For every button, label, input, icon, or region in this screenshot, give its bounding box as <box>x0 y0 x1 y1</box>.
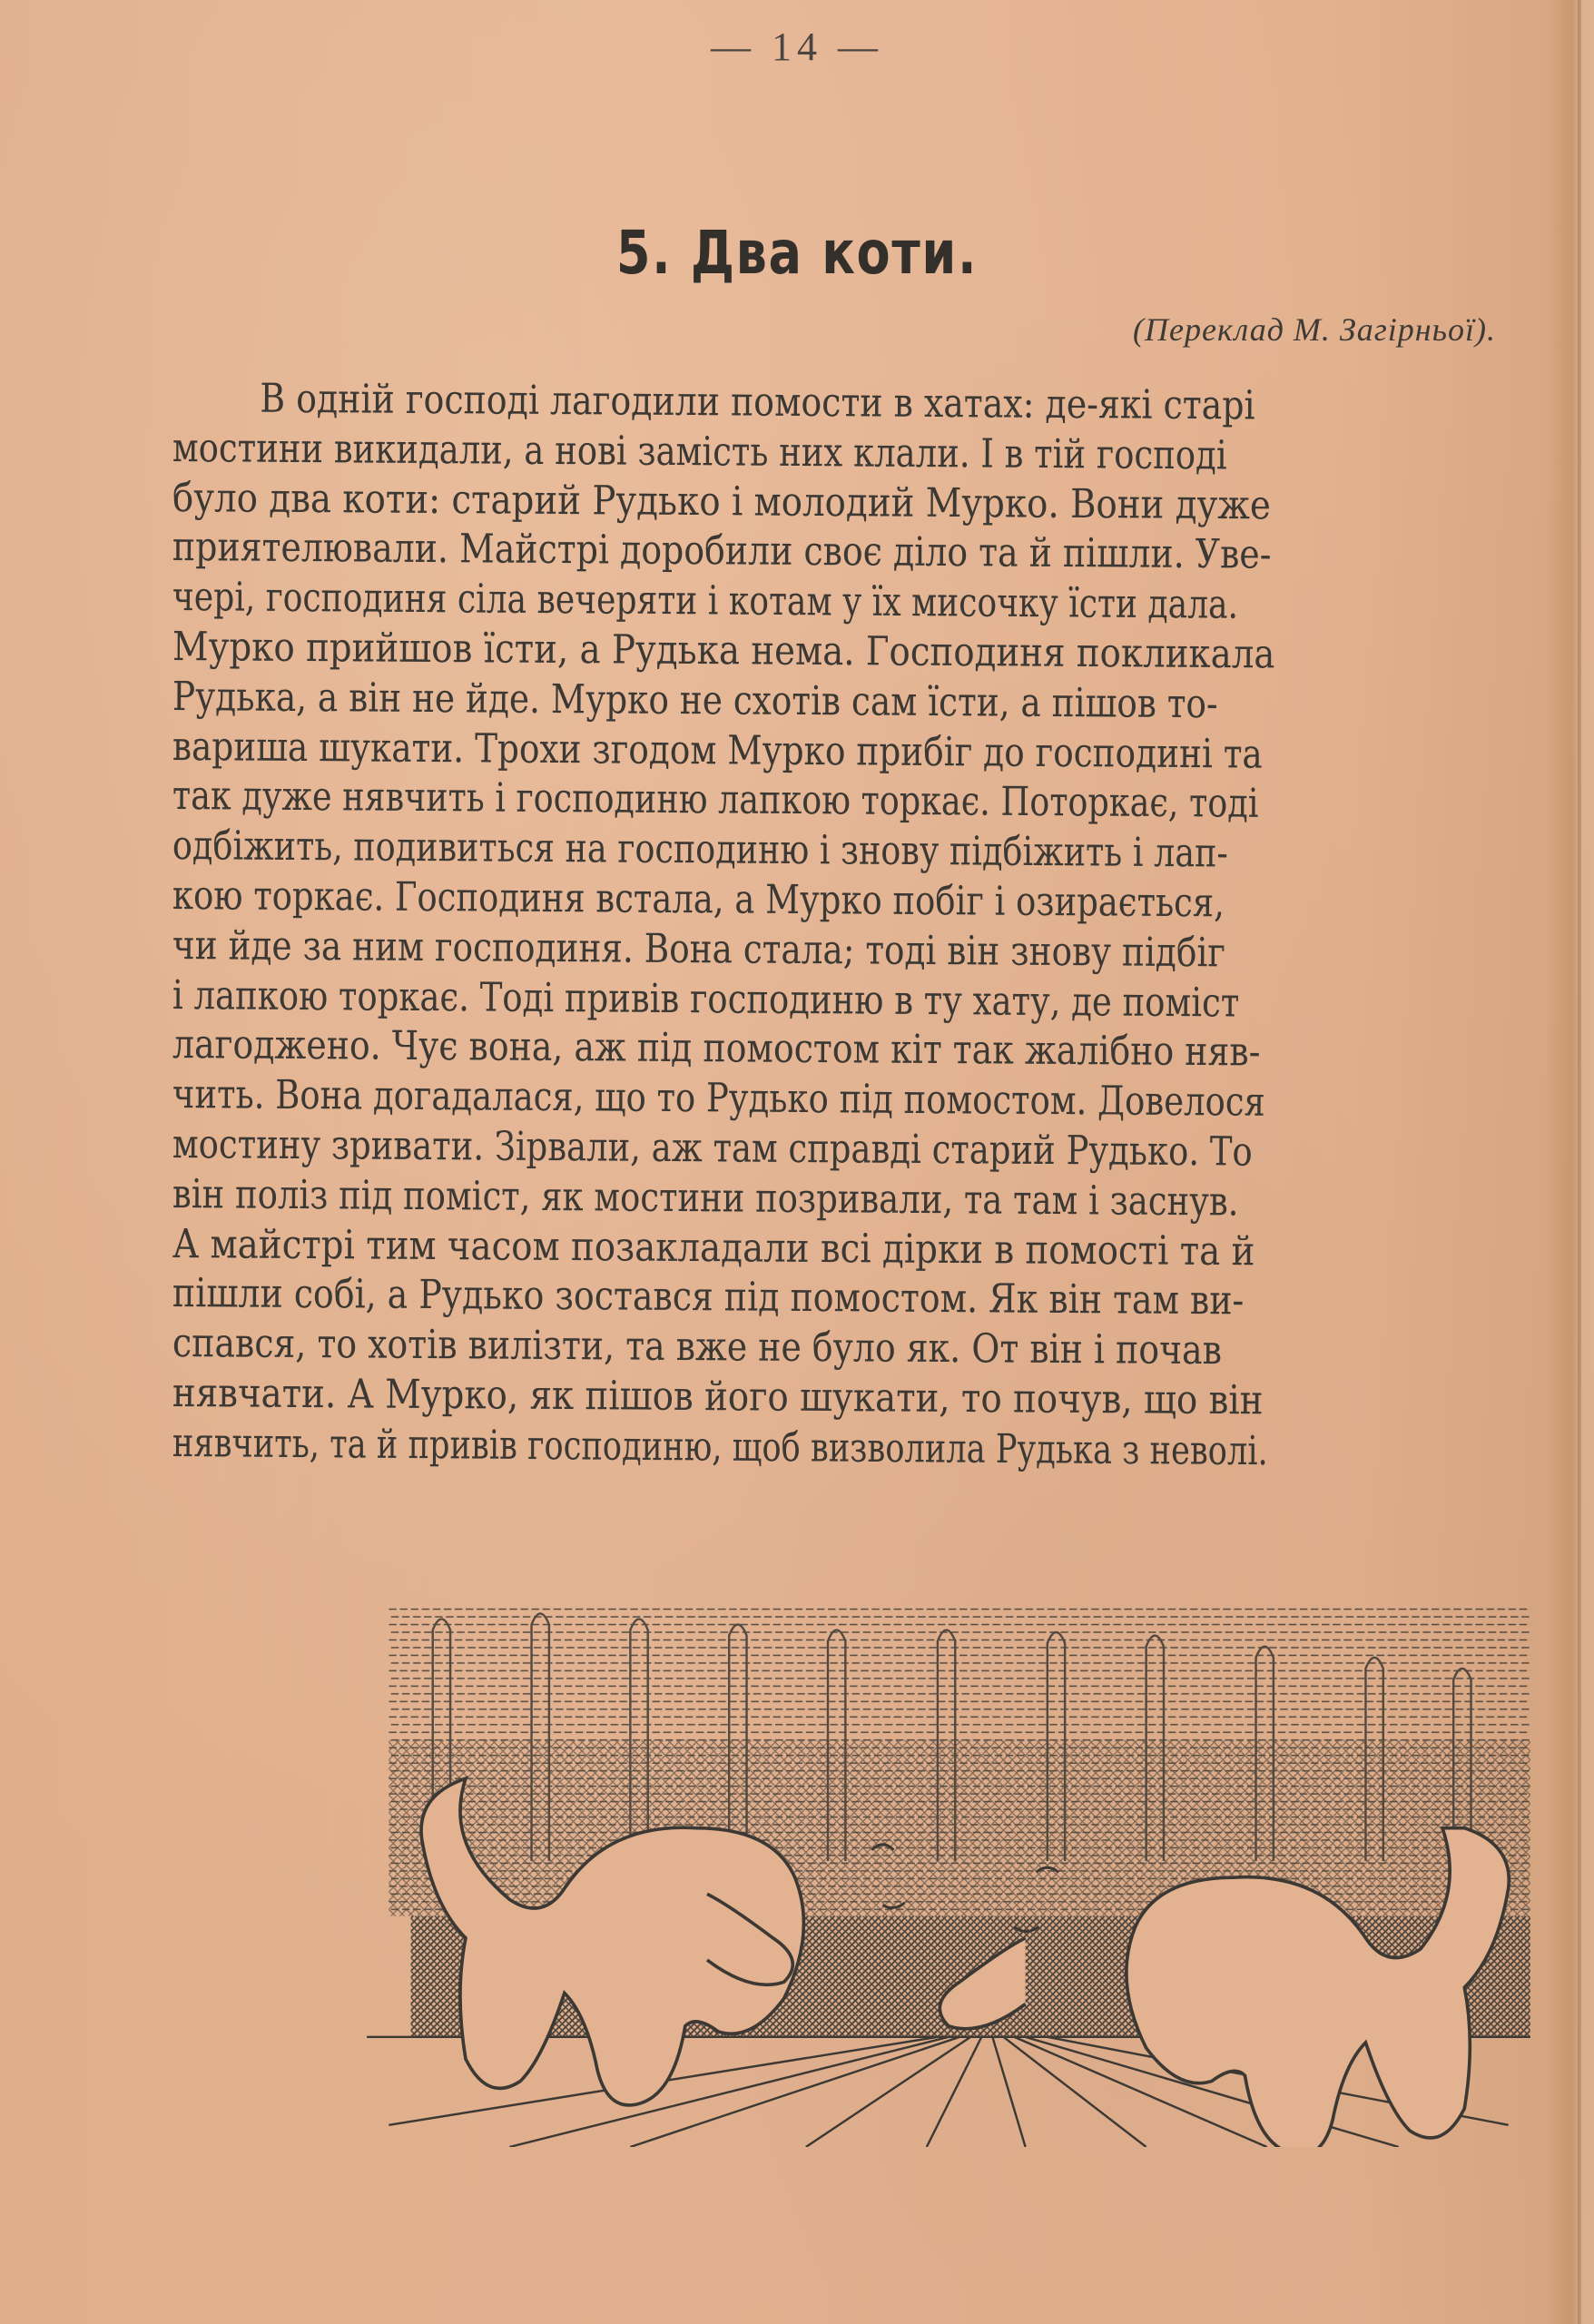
cats-illustration <box>345 1575 1552 2147</box>
text-line: спався, то хотів вилізти, та вже не було… <box>172 1319 1391 1377</box>
text-line: А майстрі тим часом позакладали всі дірк… <box>172 1220 1419 1278</box>
text-line: пішли собі, а Рудько зостався під помост… <box>172 1269 1391 1327</box>
text-line: В одній господі лагодили помости в хатах… <box>172 374 1391 432</box>
story-text: В одній господі лагодили помости в хатах… <box>172 374 1589 1469</box>
text-line: Мурко прийшов їсти, а Рудька нема. Госпо… <box>172 623 1419 681</box>
page-number: — 14 — <box>0 24 1594 70</box>
text-line: Рудька, а він не йде. Мурко не схотів са… <box>172 673 1376 731</box>
text-line: і лапкою торкає. Тоді привів господиню в… <box>172 971 1363 1029</box>
text-line: нявчати. А Мурко, як пішов його шукати, … <box>172 1369 1419 1427</box>
chapter-title: 5. Два коти. <box>143 218 1451 288</box>
text-line: було два коти: старий Рудько і молодий М… <box>172 474 1419 532</box>
text-line: нявчить, та й привів господиню, щоб визв… <box>172 1419 1305 1477</box>
text-line: лагоджено. Чує вона, аж під помостом кіт… <box>172 1020 1391 1078</box>
text-line: мостину зривати. Зірвали, аж там справді… <box>172 1120 1363 1178</box>
text-line: так дуже нявчить і господиню лапкою торк… <box>172 772 1348 830</box>
translator-credit: (Переклад М. Загірньої). <box>1133 310 1496 349</box>
text-line: кою торкає. Господиня встала, а Мурко по… <box>172 871 1363 930</box>
text-line: мостини викидали, а нові замість них кла… <box>172 424 1363 482</box>
text-line: приятелювали. Майстрі доробили своє діло… <box>172 523 1391 581</box>
text-line: вариша шукати. Трохи згодом Мурко прибіг… <box>172 723 1376 781</box>
text-line: чи йде за ним господиня. Вона стала; тод… <box>172 921 1376 980</box>
cats-drawing-icon <box>345 1575 1552 2147</box>
text-line: чить. Вона догадалася, що то Рудько під … <box>172 1070 1363 1128</box>
text-line: він поліз під поміст, як мостини позрива… <box>172 1170 1363 1228</box>
text-line: одбіжить, подивиться на господиню і знов… <box>172 822 1348 880</box>
text-line: чері, господиня сіла вечеряти і котам у … <box>172 573 1333 631</box>
